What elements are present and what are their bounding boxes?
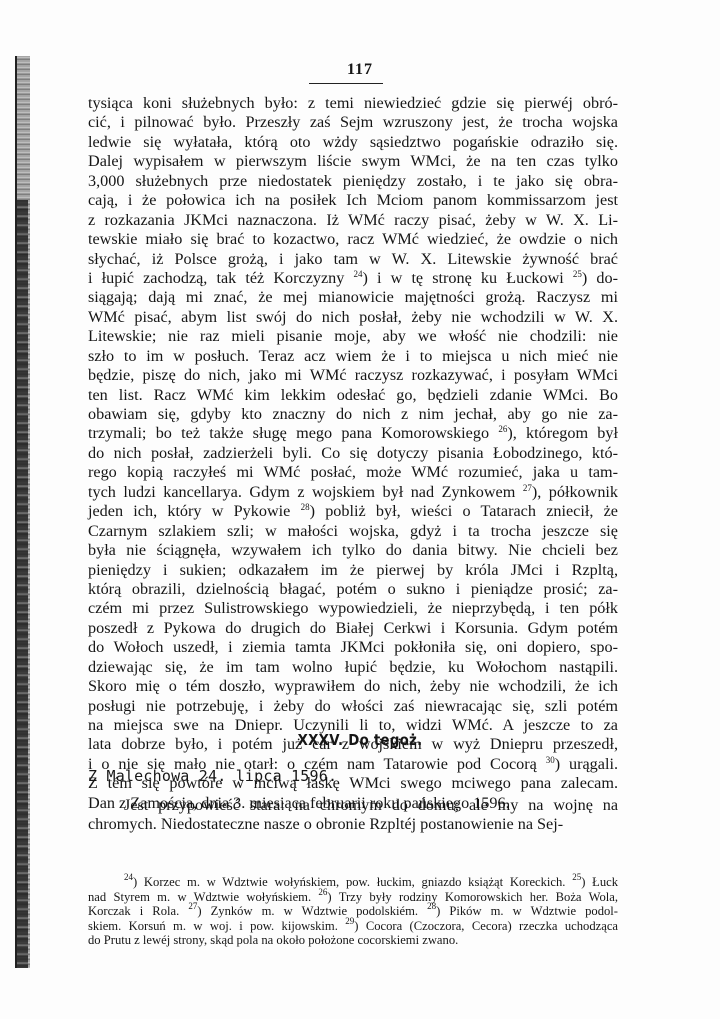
page-number: 117 xyxy=(0,61,720,79)
text-line: Jest przypowieść stara: na chromym do do… xyxy=(88,796,618,815)
text-line: WMć pisać, abym list swój do nich posłał… xyxy=(88,308,618,327)
text-line: Litewskie; nie raz mieli pisanie moje, a… xyxy=(88,327,618,346)
text-line: z rozkazania JKMci naznaczona. Iż WMć ra… xyxy=(88,211,618,230)
text-line: posługi nie potrzebuję, i żeby do włości… xyxy=(88,697,618,716)
text-line: słychać, iż Polsce grożą, i jako tam w W… xyxy=(88,250,618,269)
text-line: rego kopią raczyłeś mi WMć posłać, może … xyxy=(88,463,618,482)
text-line: Dalej wypisałem w pierwszym liście swym … xyxy=(88,152,618,171)
text-line: i łupić zachodzą, tak téż Korczyzny 24) … xyxy=(88,269,618,288)
text-line: nad Styrem m. w Wdztwie wołyńskiem. 26) … xyxy=(88,890,618,905)
footnote-ref: 27 xyxy=(523,483,532,493)
text-line: była nie ściągnęła, wzywałem ich tylko d… xyxy=(88,541,618,560)
letter-body-next: Jest przypowieść stara: na chromym do do… xyxy=(88,796,618,835)
footnote-ref: 27 xyxy=(188,901,197,911)
footnote-ref: 25 xyxy=(573,269,582,279)
text-line: obawiam się, gdyby kto znaczny do nich z… xyxy=(88,405,618,424)
footnote-ref: 26 xyxy=(498,424,507,434)
footnotes: 24) Korzec m. w Wdztwie wołyńskiem, pow.… xyxy=(88,875,618,948)
text-line: dziewając się, że im tam wolno łupić będ… xyxy=(88,658,618,677)
footnote-ref: 29 xyxy=(345,916,354,926)
text-line: do Prutu z lewéj strony, skąd pola na ok… xyxy=(88,933,618,948)
section-title: XXXV. Do tegoż. xyxy=(50,731,669,749)
footnote-ref: 28 xyxy=(427,901,436,911)
text-line: Czarnym szlakiem szli; w małości wojska,… xyxy=(88,522,618,541)
text-line: szło to im w posłuch. Teraz acz wiem że … xyxy=(88,347,618,366)
text-line: tewskie miało się brać to kozactwo, racz… xyxy=(88,230,618,249)
letter-body-previous: tysiąca koni służebnych było: z temi nie… xyxy=(88,94,618,813)
text-line: cają, i że połowica ich na posiłek Ich M… xyxy=(88,191,618,210)
text-line: tych ludzi kancellarya. Gdym z wojskiem … xyxy=(88,483,618,502)
text-line: jeden ich, który w Pykowie 28) pobliż by… xyxy=(88,502,618,521)
footnote-ref: 30 xyxy=(546,755,555,765)
footnote-ref: 28 xyxy=(301,502,310,512)
text-line: poszedł z Pykowa do drugich do Białej Ce… xyxy=(88,619,618,638)
text-line: ledwie się wyłatała, którą oto wżdy sąsi… xyxy=(88,133,618,152)
page-number-rule xyxy=(309,83,383,84)
text-line: do Wołoch uszedł, i ziemia tamta JKMci p… xyxy=(88,638,618,657)
text-line: 24) Korzec m. w Wdztwie wołyńskiem, pow.… xyxy=(88,875,618,890)
text-line: skiem. Korsuń m. w woj. i pow. kijowskim… xyxy=(88,919,618,934)
book-binding-shadow xyxy=(17,200,28,968)
text-line: chromych. Niedostateczne nasze o obronie… xyxy=(88,815,618,834)
text-line: Skoro mię o tém doszło, wyprawiłem do ni… xyxy=(88,677,618,696)
text-line: cić, i pilnować było. Przeszły zaś Sejm … xyxy=(88,113,618,132)
footnote-ref: 25 xyxy=(572,872,581,882)
footnote-ref: 26 xyxy=(318,887,327,897)
text-line: którą obrazili, dzielnością błagać, poté… xyxy=(88,580,618,599)
text-line: do nich posłał, zadzierżeli byli. Co się… xyxy=(88,444,618,463)
text-line: trzymali; bo też także sługę mego pana K… xyxy=(88,424,618,443)
text-line: będzie, piszę do nich, jako mi WMć raczy… xyxy=(88,366,618,385)
text-line: tysiąca koni służebnych było: z temi nie… xyxy=(88,94,618,113)
text-line: 3,000 służebnych prze niedostatek pienię… xyxy=(88,172,618,191)
text-line: siągają; dają mi znać, że mej mianowicie… xyxy=(88,288,618,307)
footnote-ref: 24 xyxy=(124,872,133,882)
text-line: pieniędzy i sukien; odkazałem im że pier… xyxy=(88,561,618,580)
text-line: ten list. Racz WMć kim lekkim odesłać go… xyxy=(88,386,618,405)
letter-dateline: Z Malechowa 24. lipca 1596. xyxy=(88,767,337,785)
footnote-ref: 24 xyxy=(354,269,363,279)
text-line: czém mi przez Sulistrowskiego wypowiedzi… xyxy=(88,599,618,618)
